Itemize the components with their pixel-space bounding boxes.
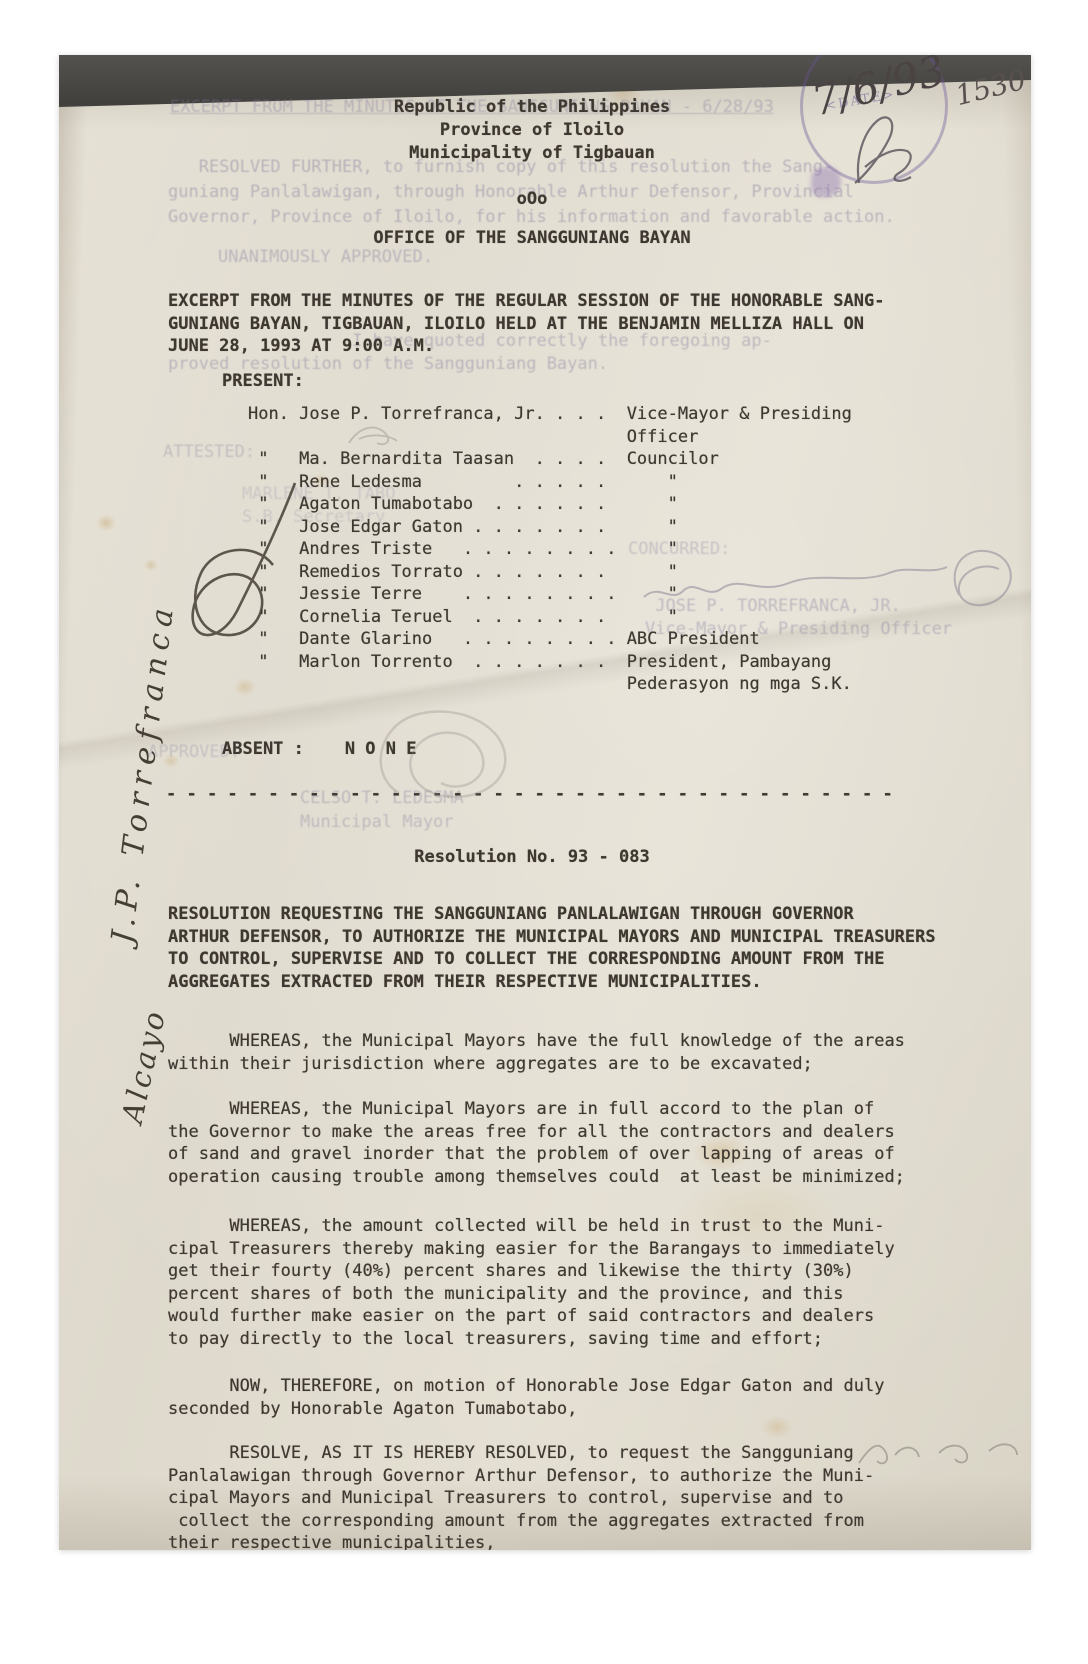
- margin-signature: J.P. Torrefranca: [105, 600, 182, 946]
- office-title: OFFICE OF THE SANGGUNIANG BAYAN: [59, 227, 1005, 250]
- margin-note: Alcayo: [115, 1006, 172, 1126]
- resolution-title: RESOLUTION REQUESTING THE SANGGUNIANG PA…: [168, 903, 936, 993]
- excerpt-heading: EXCERPT FROM THE MINUTES OF THE REGULAR …: [168, 290, 884, 358]
- bottomright-pencil-note: [859, 1444, 1017, 1463]
- absent-line: ABSENT : N O N E: [222, 738, 416, 761]
- resolve-clause: RESOLVE, AS IT IS HEREBY RESOLVED, to re…: [168, 1442, 874, 1550]
- now-therefore: NOW, THEREFORE, on motion of Honorable J…: [168, 1375, 884, 1420]
- whereas-2: WHEREAS, the Municipal Mayors are in ful…: [168, 1098, 905, 1188]
- present-list: Hon. Jose P. Torrefranca, Jr. . . . Vice…: [248, 403, 852, 696]
- scanned-document-photo: EXCERPT FROM THE MINUTES OF THE SANGGUNI…: [59, 55, 1031, 1550]
- present-label: PRESENT:: [222, 370, 304, 393]
- header-separator: oOo: [59, 188, 1005, 211]
- whereas-1: WHEREAS, the Municipal Mayors have the f…: [168, 1030, 905, 1075]
- dashed-divider: - - - - - - - - - - - - - - - - - - - - …: [166, 783, 893, 806]
- ghost-attested: ATTESTED:: [163, 440, 255, 465]
- whereas-3: WHEREAS, the amount collected will be he…: [168, 1215, 895, 1350]
- resolution-number: Resolution No. 93 - 083: [59, 846, 1005, 869]
